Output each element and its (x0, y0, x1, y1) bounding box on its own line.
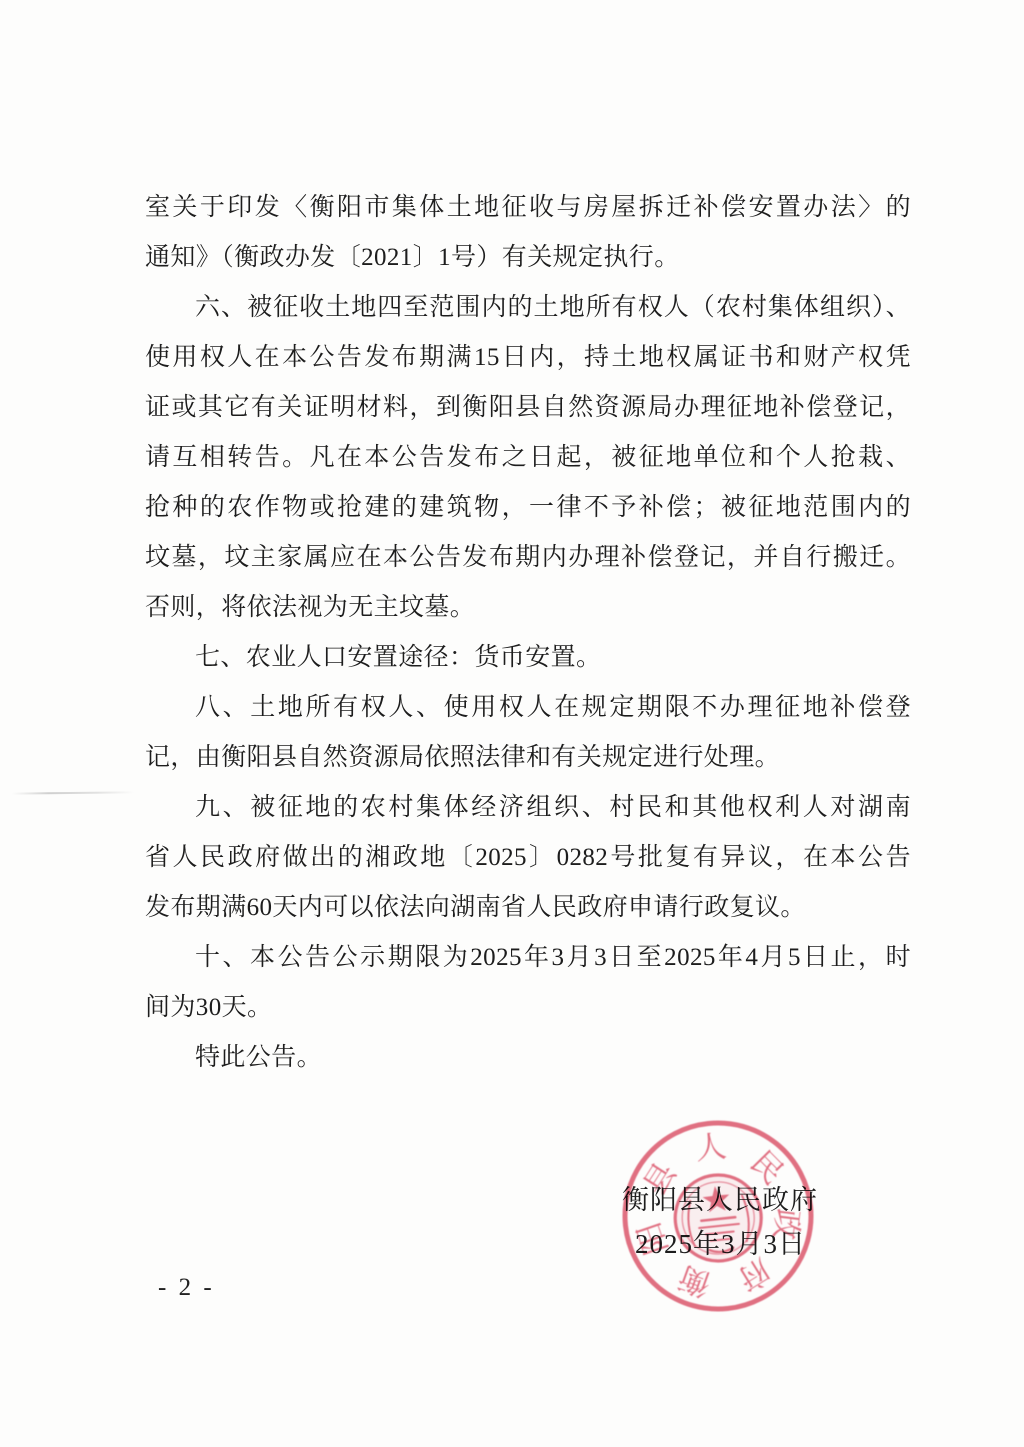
text-line: 证或其它有关证明材料，到衡阳县自然资源局办理征地补偿登记， (145, 383, 911, 433)
text-line: 发布期满60天内可以依法向湖南省人民政府申请行政复议。 (145, 883, 911, 933)
text-line: 记，由衡阳县自然资源局依照法律和有关规定进行处理。 (145, 733, 911, 783)
text-line: 八、土地所有权人、使用权人在规定期限不办理征地补偿登 (145, 683, 911, 733)
text-line: 特此公告。 (145, 1033, 911, 1083)
text-line: 否则，将依法视为无主坟墓。 (145, 583, 911, 633)
text-line: 间为30天。 (145, 983, 911, 1033)
document-page: 室关于印发〈衡阳市集体土地征收与房屋拆迁补偿安置办法〉的通知》（衡政办发〔202… (0, 0, 1024, 1447)
text-line: 室关于印发〈衡阳市集体土地征收与房屋拆迁补偿安置办法〉的 (145, 183, 911, 233)
seal-char: 衡 (674, 1259, 715, 1302)
seal-char: 阳 (631, 1218, 674, 1259)
text-line: 通知》（衡政办发〔2021〕1号）有关规定执行。 (145, 233, 911, 283)
text-line: 使用权人在本公告发布期满15日内，持土地权属证书和财产权凭 (145, 333, 911, 383)
text-line: 坟墓，坟主家属应在本公告发布期内办理补偿登记，并自行搬迁。 (145, 533, 911, 583)
national-emblem-icon (671, 1171, 766, 1266)
text-line: 请互相转告。凡在本公告发布之日起，被征地单位和个人抢栽、 (145, 433, 911, 483)
text-line: 七、农业人口安置途径：货币安置。 (145, 633, 911, 683)
text-line: 六、被征收土地四至范围内的土地所有权人（农村集体组织）、 (145, 283, 911, 333)
announcement-body: 室关于印发〈衡阳市集体土地征收与房屋拆迁补偿安置办法〉的通知》（衡政办发〔202… (145, 183, 911, 1083)
text-line: 省人民政府做出的湘政地〔2025〕0282号批复有异议，在本公告 (145, 833, 911, 883)
text-line: 抢种的农作物或抢建的建筑物，一律不予补偿；被征地范围内的 (145, 483, 911, 533)
text-line: 九、被征地的农村集体经济组织、村民和其他权利人对湖南 (145, 783, 911, 833)
seal-char: 政 (767, 1207, 805, 1242)
official-seal: 衡阳县人民政府 (618, 1116, 818, 1316)
page-number: - 2 - (158, 1274, 215, 1302)
scan-artifact-line (12, 791, 134, 794)
text-line: 十、本公告公示期限为2025年3月3日至2025年4月5日止，时 (145, 933, 911, 983)
seal-char: 人 (694, 1128, 728, 1166)
